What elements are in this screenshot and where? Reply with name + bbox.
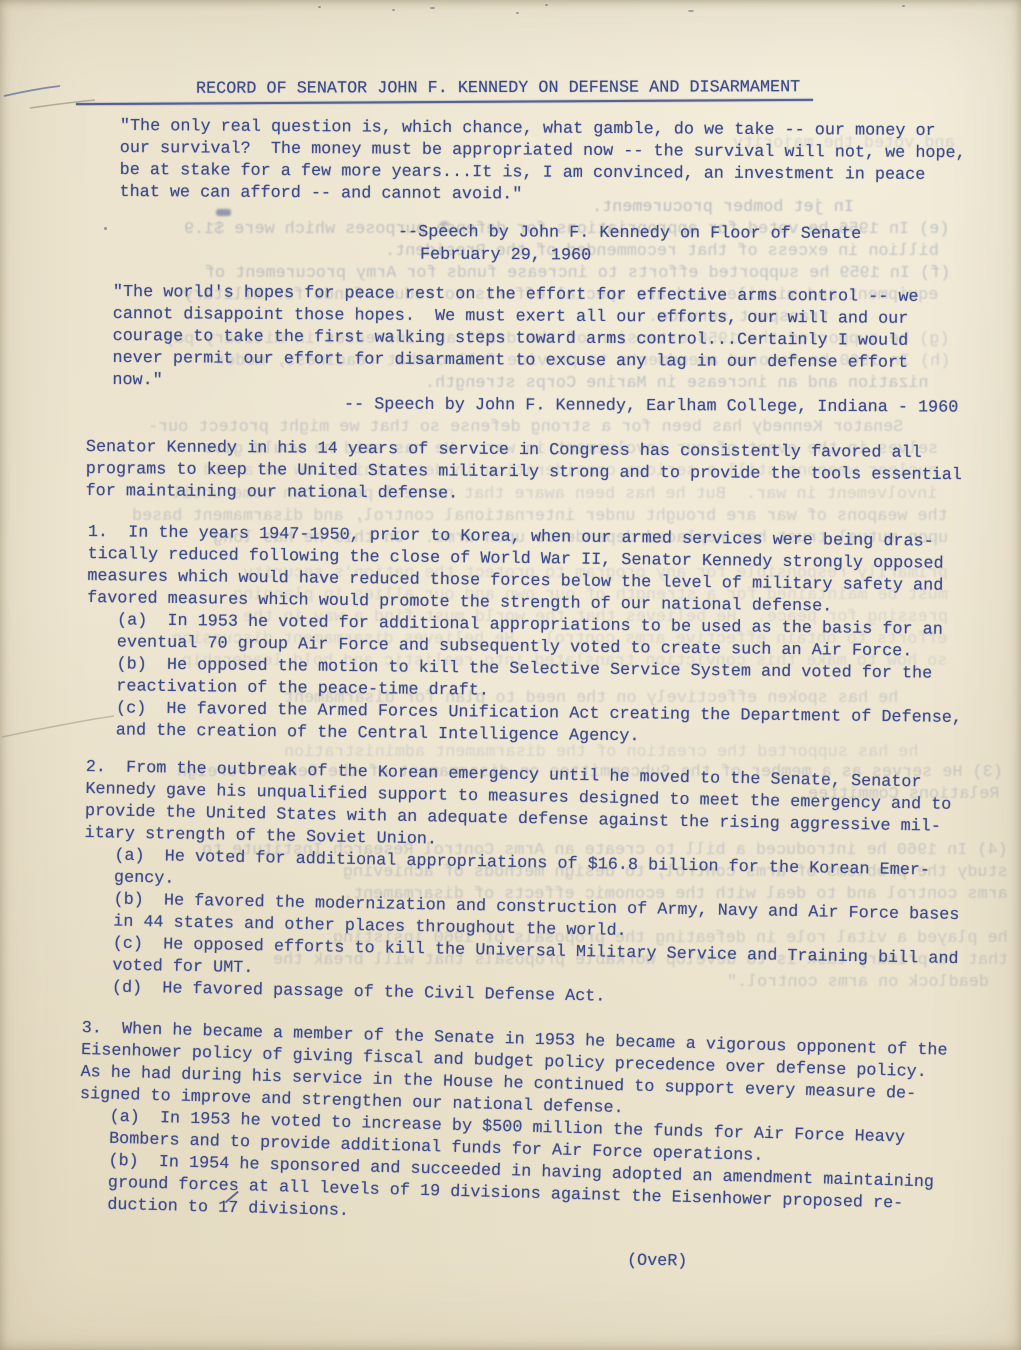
section-2: 2. From the outbreak of the Korean emerg… bbox=[82, 757, 962, 1015]
intro-paragraph: Senator Kennedy in his 14 years of servi… bbox=[86, 437, 963, 509]
ink-dot bbox=[104, 227, 107, 230]
section-3: 3. When he became a member of the Senate… bbox=[77, 1018, 948, 1239]
paper-speck bbox=[688, 10, 694, 12]
quote1-attribution: --Speech by John F. Kennedy on Floor of … bbox=[398, 223, 861, 244]
paper-speck bbox=[902, 5, 905, 7]
paper-speck bbox=[392, 9, 395, 11]
quote2-attribution: -- Speech by John F. Kennedy, Earlham Co… bbox=[344, 395, 958, 417]
paper-speck bbox=[430, 7, 435, 9]
bleedthrough-text-line: Senator Kennedy has been for a strong de… bbox=[148, 417, 903, 439]
page-footer: (OveR) bbox=[627, 1252, 688, 1272]
opening-quote: "The only real question is, which chance… bbox=[119, 116, 965, 209]
paper-speck bbox=[516, 12, 519, 14]
page-title: RECORD OF SENATOR JOHN F. KENNEDY ON DEF… bbox=[196, 78, 800, 99]
ink-smudge bbox=[216, 209, 231, 216]
paper-speck bbox=[318, 6, 321, 8]
paper-speck bbox=[545, 4, 548, 6]
bleedthrough-text-line: (f) In 1959 he supported efforts to incr… bbox=[205, 263, 950, 285]
document-page: and voted the majorityIn jet bomber proc… bbox=[0, 0, 1021, 1350]
quote1-attribution-date: February 29, 1960 bbox=[420, 246, 591, 266]
section-1: 1. In the years 1947-1950, prior to Kore… bbox=[86, 522, 965, 752]
second-quote: "The world's hopes for peace rest on the… bbox=[112, 282, 918, 397]
